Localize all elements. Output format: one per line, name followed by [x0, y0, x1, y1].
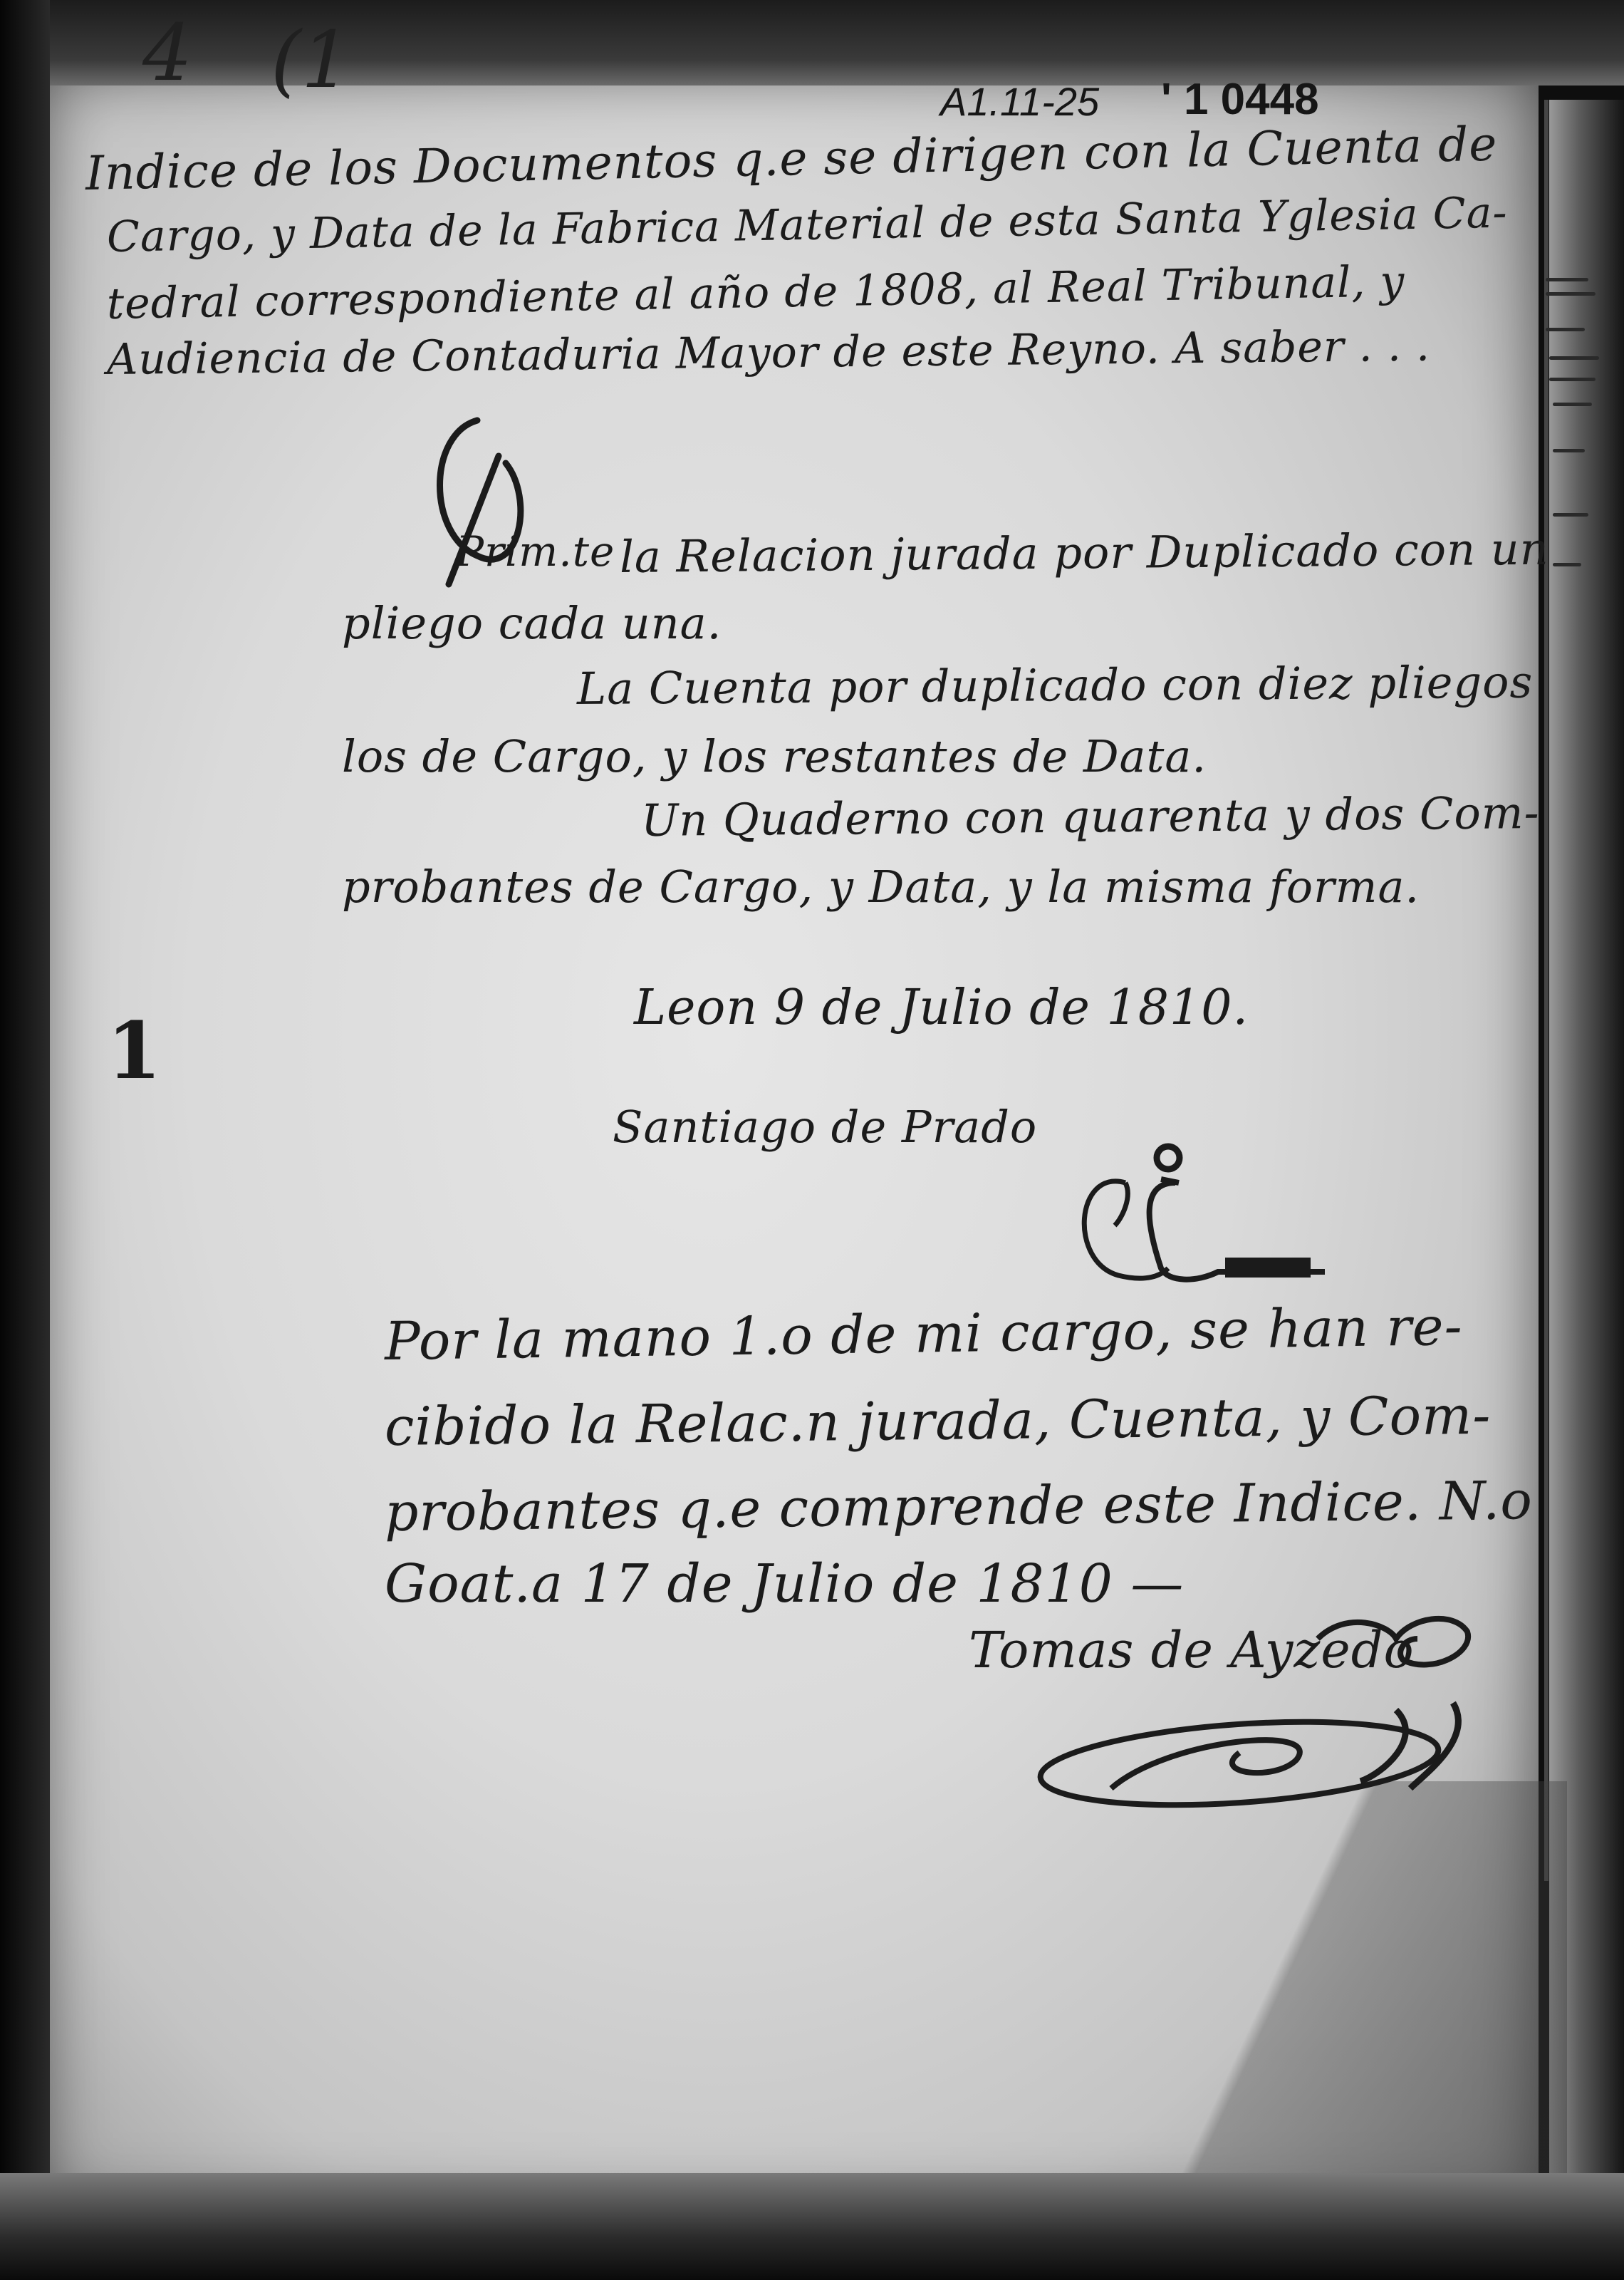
margin-number: 1 [107, 1005, 162, 1097]
receipt-flourish-top [1303, 1610, 1503, 1696]
items-prefix: Prim.te [456, 527, 615, 576]
item-line-4: los de Cargo, y los restantes de Data. [342, 730, 1207, 782]
item-line-2: pliego cada una. [342, 597, 722, 649]
item-line-1: la Relacion jurada por Duplicado con un [620, 523, 1549, 583]
item-line-5: Un Quaderno con quarenta y dos Com- [641, 787, 1540, 846]
receipt-line-2: cibido la Relac.n jurada, Cuenta, y Com- [385, 1385, 1492, 1458]
top-binding-shadow [0, 0, 1624, 85]
folded-corner-shadow [1068, 1781, 1567, 2223]
date-line: Leon 9 de Julio de 1810. [634, 980, 1249, 1036]
signatory-name: Santiago de Prado [613, 1101, 1037, 1153]
receipt-line-3: probantes q.e comprende este Indice. N.o [385, 1470, 1534, 1543]
signature-rubric-1 [1054, 1140, 1325, 1290]
archive-reference-left: A1.11-25 [940, 78, 1099, 125]
right-page-rule [1544, 100, 1548, 1881]
archive-reference-right: ' 1 0448 [1161, 74, 1319, 125]
item-line-6: probantes de Cargo, y Data, y la misma f… [342, 861, 1420, 913]
left-binding-shadow [0, 0, 50, 2280]
receipt-line-4: Goat.a 17 de Julio de 1810 — [385, 1553, 1184, 1615]
item-line-3: La Cuenta por duplicado con diez pliegos [577, 656, 1534, 715]
signature-rubric-2 [1026, 1696, 1524, 1810]
corner-mark-2: (1 [271, 14, 351, 105]
corner-mark-1: 4 [142, 7, 192, 98]
bottom-edge-shadow [0, 2173, 1624, 2280]
